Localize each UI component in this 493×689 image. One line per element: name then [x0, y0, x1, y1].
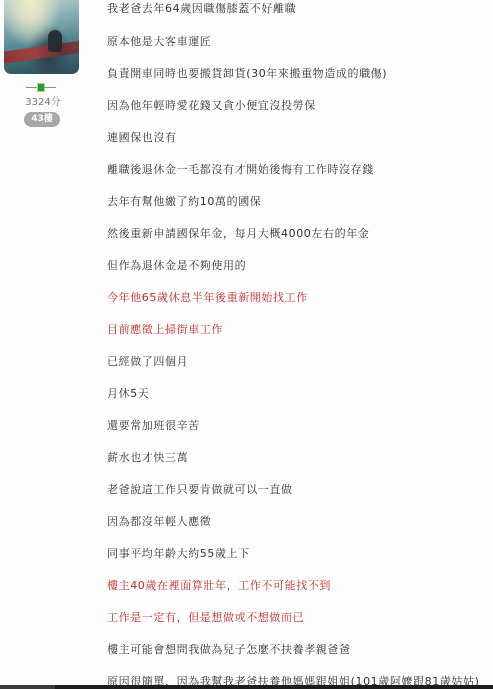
- forum-post: 3324分 43樓 我老爸去年64歲因職傷膝蓋不好離職 原本他是大客車運匠 負責…: [0, 0, 493, 689]
- post-line: 老爸說這工作只要肯做就可以一直做: [107, 481, 293, 497]
- post-line: 樓主可能會想問我做為兒子怎麼不扶養孝親爸爸: [107, 641, 351, 657]
- green-gem-rank-icon: [26, 83, 56, 91]
- author-panel: 3324分 43樓: [0, 0, 86, 689]
- post-line: 月休5天: [107, 385, 149, 401]
- avatar-figure: [48, 30, 62, 52]
- post-line: 已經做了四個月: [107, 353, 188, 369]
- post-line: 然後重新申請國保年金，每月大概4000左右的年金: [107, 225, 369, 241]
- post-line: 薪水也才快三萬: [107, 449, 188, 465]
- bottom-bar: [0, 685, 493, 689]
- post-line: 我老爸去年64歲因職傷膝蓋不好離職: [107, 0, 296, 16]
- author-score: 3324分: [0, 93, 86, 108]
- floor-badge[interactable]: 43樓: [24, 112, 60, 127]
- avatar-decoration: [4, 40, 79, 64]
- post-line: 但作為退休金是不夠使用的: [107, 257, 246, 273]
- post-line: 離職後退休金一毛都沒有才開始後悔有工作時沒存錢: [107, 161, 374, 177]
- post-line: 負責開車同時也要搬貨卸貨(30年來搬重物造成的職傷): [107, 65, 387, 81]
- rank-line-right: [44, 87, 56, 88]
- post-line: 因為都沒年輕人應徵: [107, 513, 211, 529]
- post-line-highlight: 樓主40歲在裡面算壯年，工作不可能找不到: [107, 577, 331, 593]
- post-line: 去年有幫他繳了約10萬的國保: [107, 193, 261, 209]
- post-line-highlight: 工作是一定有，但是想做或不想做而已: [107, 609, 304, 625]
- post-line-highlight: 目前應徵上掃街車工作: [107, 321, 223, 337]
- post-line: 同事平均年齡大約55歲上下: [107, 545, 250, 561]
- post-line-highlight: 今年他65歲休息半年後重新開始找工作: [107, 289, 308, 305]
- post-line: 原本他是大客車運匠: [107, 33, 211, 49]
- post-line: 因為他年輕時愛花錢又貪小便宜沒投勞保: [107, 97, 316, 113]
- bottom-bar-segment: [0, 685, 55, 689]
- post-line: 還要常加班很辛苦: [107, 417, 200, 433]
- avatar[interactable]: [4, 0, 79, 74]
- post-line: 連國保也沒有: [107, 129, 177, 145]
